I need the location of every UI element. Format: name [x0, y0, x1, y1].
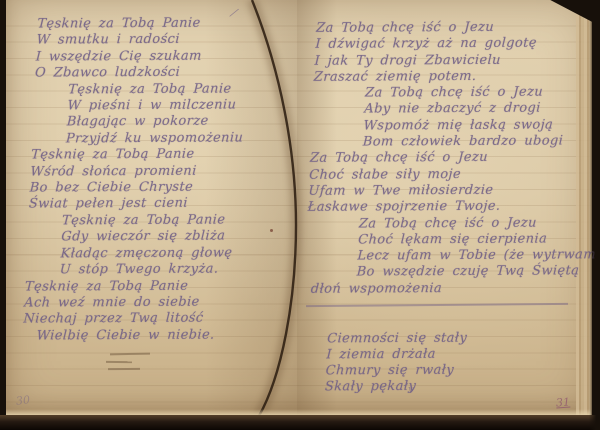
handwritten-line: Świat pełen jest cieni	[28, 196, 240, 214]
handwritten-line: Choć słabe siły moje	[309, 166, 600, 184]
page-number-left: 30	[15, 393, 30, 407]
handwritten-line: Tęsknię za Tobą Panie	[34, 81, 246, 99]
handwritten-line: Chmury się rwały	[311, 363, 466, 380]
handwritten-line: Tęsknię za Tobą Panie	[37, 15, 249, 33]
handwritten-line: U stóp Twego krzyża.	[25, 262, 237, 280]
table-shadow-band	[0, 415, 600, 430]
page-number-right: 31	[556, 396, 571, 410]
handwritten-line: dłoń wspomożenia	[303, 280, 600, 298]
handwritten-line: Tęsknię za Tobą Panie	[31, 147, 243, 165]
photo-right-edge	[589, 0, 600, 430]
handwritten-line: Wśród słońca promieni	[30, 163, 242, 181]
handwritten-line: Aby nie zbaczyć z drogi	[312, 101, 600, 119]
handwritten-line: Ufam w Twe miłosierdzie	[308, 182, 600, 200]
handwritten-line: Łaskawe spojrzenie Twoje.	[307, 198, 600, 216]
handwritten-line: I dźwigać krzyż aż na golgotę	[315, 36, 600, 54]
handwritten-line: Błagając w pokorze	[32, 114, 244, 132]
handwritten-line: Gdy wieczór się zbliża	[27, 229, 239, 247]
handwritten-line: Wspomóż mię łaską swoją	[311, 117, 600, 135]
gutter-seam-line	[252, 0, 296, 416]
handwritten-line: Za Tobą chcę iść o Jezu	[313, 84, 600, 102]
handwritten-line: I ziemia drżała	[312, 347, 467, 364]
handwritten-line: Za Tobą chcę iść o Jezu	[316, 19, 600, 37]
handwritten-line: W smutku i radości	[36, 32, 248, 50]
notebook-photo: Tęsknię za Tobą Panie W smutku i radości…	[0, 0, 600, 430]
handwritten-line: Tęsknię za Tobą Panie	[25, 278, 237, 296]
pencil-check-mark: v	[408, 383, 414, 396]
handwritten-line: Bo bez Ciebie Chryste	[29, 180, 241, 198]
stanza-divider	[104, 353, 150, 376]
handwritten-line: Przyjdź ku wspomożeniu	[32, 130, 244, 148]
handwritten-line: O Zbawco ludzkości	[35, 65, 247, 83]
handwritten-line: Ciemności się stały	[313, 331, 468, 348]
right-page-text-lower: Ciemności się stały I ziemia drżała Chmu…	[310, 331, 467, 396]
handwritten-line: Wielbię Ciebie w niebie.	[22, 327, 234, 345]
handwritten-line: Bo wszędzie czuję Twą Świętą	[304, 264, 600, 282]
right-page-text-upper: Za Tobą chcę iść o Jezu I dźwigać krzyż …	[303, 19, 600, 298]
handwritten-line: Za Tobą chcę iść o Jezu	[310, 150, 600, 168]
handwritten-line: Ach weź mnie do siebie	[24, 294, 236, 312]
left-page-text: Tęsknię za Tobą Panie W smutku i radości…	[22, 15, 249, 344]
handwritten-line: Za Tobą chcę iść o Jezu	[307, 215, 600, 233]
handwritten-line: I jak Ty drogi Zbawicielu	[314, 52, 600, 70]
handwritten-line: Choć lękam się cierpienia	[306, 231, 600, 249]
handwritten-line: Skały pękały	[310, 379, 465, 396]
handwritten-line: Tęsknię za Tobą Panie	[28, 212, 240, 230]
handwritten-line: Kładąc zmęczoną głowę	[26, 245, 238, 263]
handwritten-line: I wszędzie Cię szukam	[35, 48, 247, 66]
paper-speck	[270, 229, 273, 232]
handwritten-line: Bom człowiek bardzo ubogi	[310, 133, 600, 151]
handwritten-line: Niechaj przez Twą litość	[23, 311, 235, 329]
handwritten-line: W pieśni i w milczeniu	[33, 97, 245, 115]
handwritten-line: Zraszać ziemię potem.	[313, 68, 600, 86]
